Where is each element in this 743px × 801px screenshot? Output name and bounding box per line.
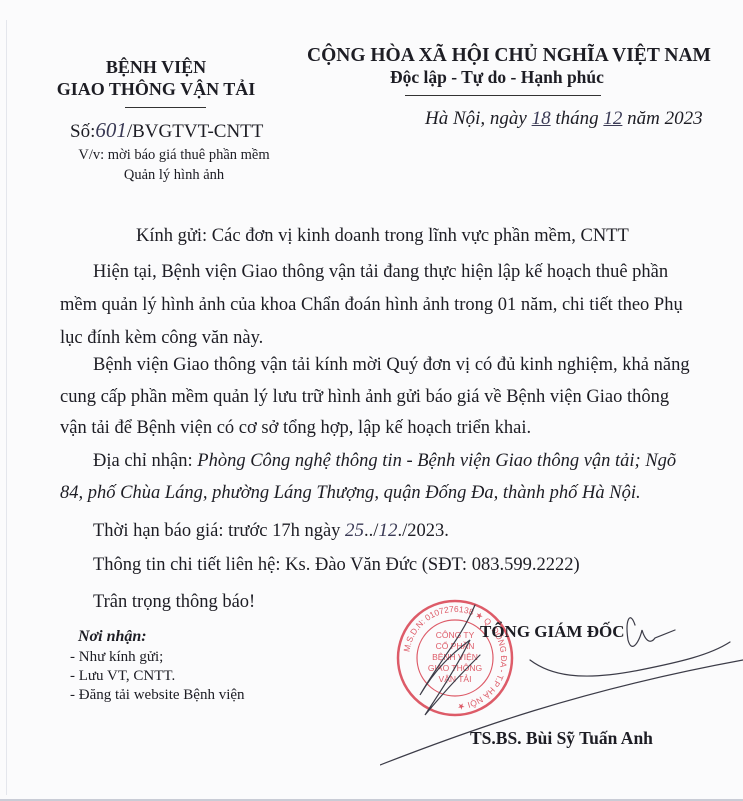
handwritten-deadline-day: 25 bbox=[345, 520, 364, 541]
address-line-1: Địa chỉ nhận: Phòng Công nghệ thông tin … bbox=[93, 451, 676, 472]
handwritten-deadline-month: 12 bbox=[378, 520, 397, 541]
national-title: CỘNG HÒA XÃ HỘI CHỦ NGHĨA VIỆT NAM bbox=[307, 45, 711, 67]
org-line-2: GIAO THÔNG VẬN TẢI bbox=[56, 78, 256, 100]
paragraph-2-line-3: vận tải để Bệnh viện có cơ sở tổng hợp, … bbox=[60, 418, 531, 439]
handwritten-doc-number: 601 bbox=[95, 118, 127, 142]
closing: Trân trọng thông báo! bbox=[93, 592, 255, 613]
paragraph-2-line-1: Bệnh viện Giao thông vận tải kính mời Qu… bbox=[93, 355, 690, 376]
national-motto: Độc lập - Tự do - Hạnh phúc bbox=[390, 67, 604, 88]
place-and-date: Hà Nội, ngày 18 tháng 12 năm 2023 bbox=[425, 108, 703, 130]
recipient-item: - Đăng tải website Bệnh viện bbox=[70, 687, 245, 704]
org-line-1: BỆNH VIỆN bbox=[56, 56, 256, 78]
signer-title: TỔNG GIÁM ĐỐC bbox=[480, 622, 625, 642]
address-line-2: 84, phố Chùa Láng, phường Láng Thượng, q… bbox=[60, 483, 641, 504]
paragraph-1-line-2: mềm quản lý hình ảnh của khoa Chẩn đoán … bbox=[60, 295, 683, 316]
document-number: Số:601/BVGTVT-CNTT bbox=[70, 118, 263, 143]
contact-info: Thông tin chi tiết liên hệ: Ks. Đào Văn … bbox=[93, 555, 580, 576]
recipient-item: - Như kính gửi; bbox=[70, 649, 163, 666]
handwritten-day: 18 bbox=[532, 108, 551, 129]
paragraph-1-line-1: Hiện tại, Bệnh viện Giao thông vận tải đ… bbox=[93, 262, 668, 283]
motto-underline bbox=[405, 95, 601, 96]
recipients-title: Nơi nhận: bbox=[78, 628, 147, 646]
organization-name: BỆNH VIỆN GIAO THÔNG VẬN TẢI bbox=[56, 56, 256, 100]
paragraph-2-line-2: cung cấp phần mềm quản lý lưu trữ hình ả… bbox=[60, 387, 669, 408]
paragraph-1-line-3: lục đính kèm công văn này. bbox=[60, 328, 263, 349]
recipient-item: - Lưu VT, CNTT. bbox=[70, 668, 175, 685]
signer-name: TS.BS. Bùi Sỹ Tuấn Anh bbox=[470, 728, 653, 749]
deadline: Thời hạn báo giá: trước 17h ngày 25../12… bbox=[93, 520, 449, 542]
greeting: Kính gửi: Các đơn vị kinh doanh trong lĩ… bbox=[136, 226, 629, 247]
org-underline bbox=[125, 107, 206, 108]
handwritten-month: 12 bbox=[603, 108, 622, 129]
page-left-edge bbox=[6, 20, 7, 795]
document-subject: V/v: mời báo giá thuê phần mềm Quản lý h… bbox=[70, 145, 278, 185]
